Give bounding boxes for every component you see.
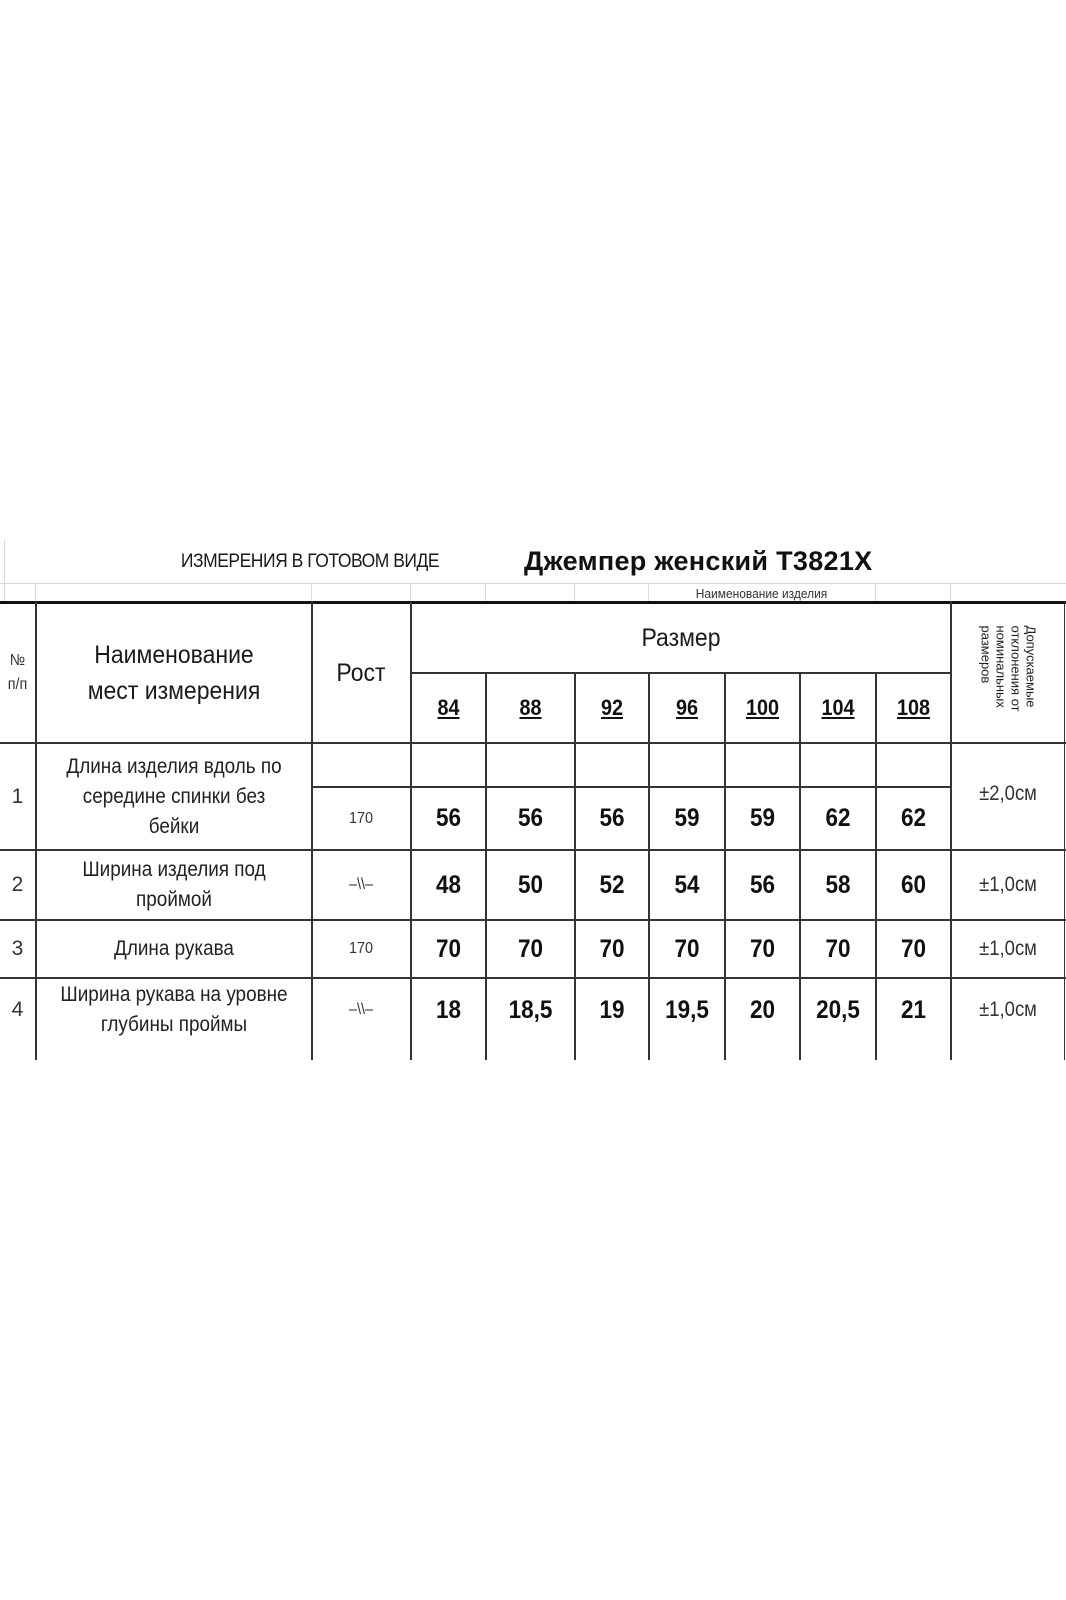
- size-value: 20,5: [804, 979, 872, 1041]
- size-value: 19,5: [653, 979, 721, 1041]
- measure-name: Длина изделия вдоль по середине спинки б…: [51, 744, 298, 849]
- size-value: 70: [579, 921, 646, 977]
- size-value: 48: [415, 851, 483, 919]
- size-value: 58: [804, 851, 872, 919]
- product-title: Джемпер женский Т3821Х: [500, 540, 900, 582]
- header-height: Рост: [316, 603, 406, 742]
- size-value: 70: [880, 921, 948, 977]
- size-value: 56: [579, 788, 646, 849]
- col-border: [648, 672, 650, 1060]
- row-height: –\\–: [317, 851, 405, 919]
- size-value: 70: [653, 921, 721, 977]
- size-value: 70: [415, 921, 483, 977]
- grid-line: [311, 583, 312, 602]
- product-caption: Наименование изделия: [657, 584, 866, 602]
- size-value: 59: [729, 788, 797, 849]
- grid-line: [485, 583, 486, 602]
- col-border: [485, 672, 487, 1060]
- header-number-line2: п/п: [8, 673, 28, 697]
- size-header: 92: [579, 674, 646, 742]
- size-value: 18: [415, 979, 483, 1041]
- grid-line: [0, 583, 1066, 584]
- grid-line: [574, 583, 575, 602]
- size-value: 62: [804, 788, 872, 849]
- col-border: [311, 601, 313, 1060]
- measure-name: Длина рукава: [51, 921, 298, 977]
- size-header: 108: [880, 674, 948, 742]
- row-height: 170: [317, 921, 405, 977]
- grid-line: [875, 583, 876, 602]
- header-size-group: Размер: [434, 603, 929, 672]
- row-number: 3: [0, 921, 35, 977]
- row-number: 2: [0, 851, 35, 919]
- size-value: 56: [490, 788, 570, 849]
- col-border: [574, 672, 576, 1060]
- col-border: [410, 601, 412, 1060]
- section-title: ИЗМЕРЕНИЯ В ГОТОВОМ ВИДЕ: [154, 542, 467, 582]
- tolerance-value: ±1,0см: [959, 979, 1058, 1041]
- size-value: 70: [729, 921, 797, 977]
- header-measure-name: Наименование мест измерения: [48, 603, 300, 742]
- measure-name: Ширина изделия под проймой: [51, 851, 298, 919]
- size-value: 56: [729, 851, 797, 919]
- header-number: № п/п: [2, 603, 34, 742]
- size-header: 100: [729, 674, 797, 742]
- measure-name: Ширина рукава на уровне глубины проймы: [51, 979, 298, 1041]
- size-value: 18,5: [490, 979, 570, 1041]
- col-border: [724, 672, 726, 1060]
- size-value: 52: [579, 851, 646, 919]
- row-number: 1: [0, 744, 35, 849]
- size-value: 59: [653, 788, 721, 849]
- tolerance-value: ±2,0см: [959, 744, 1058, 849]
- header-number-line1: №: [10, 649, 25, 673]
- size-value: 19: [579, 979, 646, 1041]
- col-border: [1064, 601, 1065, 1060]
- size-value: 21: [880, 979, 948, 1041]
- row-number: 4: [0, 979, 35, 1041]
- grid-line: [950, 583, 951, 602]
- size-header: 88: [490, 674, 570, 742]
- col-border: [799, 672, 801, 1060]
- size-value: 56: [415, 788, 483, 849]
- tolerance-value: ±1,0см: [959, 851, 1058, 919]
- size-value: 70: [490, 921, 570, 977]
- size-header: 104: [804, 674, 872, 742]
- grid-line: [35, 583, 36, 602]
- grid-line: [648, 583, 649, 602]
- size-value: 50: [490, 851, 570, 919]
- grid-line: [410, 583, 411, 602]
- tolerance-value: ±1,0см: [959, 921, 1058, 977]
- size-value: 60: [880, 851, 948, 919]
- size-header: 84: [415, 674, 483, 742]
- row-height: 170: [317, 788, 405, 849]
- size-header: 96: [653, 674, 721, 742]
- row-height: –\\–: [317, 979, 405, 1041]
- col-border: [875, 672, 877, 1060]
- col-border: [35, 601, 37, 1060]
- size-value: 62: [880, 788, 948, 849]
- grid-line: [4, 540, 5, 602]
- size-value: 20: [729, 979, 797, 1041]
- header-tolerance: Допускаемые отклонения от номинальных ра…: [952, 603, 1064, 742]
- size-value: 70: [804, 921, 872, 977]
- measurement-sheet: ИЗМЕРЕНИЯ В ГОТОВОМ ВИДЕ Джемпер женский…: [0, 540, 1066, 1060]
- size-value: 54: [653, 851, 721, 919]
